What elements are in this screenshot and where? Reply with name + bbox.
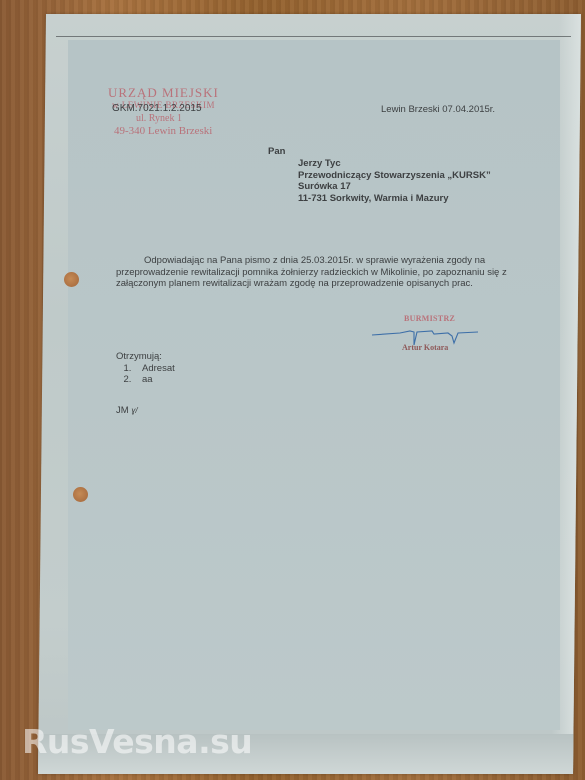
page-top-rule: [56, 36, 571, 37]
recipient-item: Adresat: [134, 363, 175, 375]
addressee-street: Surówka 17: [298, 181, 491, 193]
signature-block: BURMISTRZ Artur Kotara: [370, 311, 490, 361]
watermark: RusVesna.su: [22, 722, 252, 761]
reference-number: GKM.7021.1.2.2015: [112, 103, 202, 114]
salutation: Pan: [268, 146, 285, 157]
addressee-name: Jerzy Tyc: [298, 158, 491, 170]
letter-body-text: Odpowiadając na Pana pismo z dnia 25.03.…: [116, 255, 507, 289]
handwritten-mark-icon: ɣ/: [131, 406, 137, 415]
place-and-date: Lewin Brzeski 07.04.2015r.: [381, 104, 495, 115]
recipients-label: Otrzymują:: [116, 351, 175, 363]
recipient-item: aa: [134, 374, 175, 386]
signature-name: Artur Kotara: [402, 343, 448, 352]
author-initials: JM ɣ/: [116, 405, 138, 416]
addressee-title: Przewodniczący Stowarzyszenia „KURSK”: [298, 170, 491, 182]
stamp-line-4: 49-340 Lewin Brzeski: [114, 125, 219, 138]
stamp-line-1: URZĄD MIEJSKI: [108, 86, 219, 99]
recipients-list: Otrzymują: Adresat aa: [116, 351, 175, 386]
initials-text: JM: [116, 405, 129, 416]
punch-hole-top: [64, 272, 79, 287]
addressee-city: 11-731 Sorkwity, Warmia i Mazury: [298, 193, 491, 205]
addressee-block: Jerzy Tyc Przewodniczący Stowarzyszenia …: [298, 158, 491, 204]
letter-body: Odpowiadając na Pana pismo z dnia 25.03.…: [116, 255, 511, 290]
punch-hole-bottom: [73, 487, 88, 502]
